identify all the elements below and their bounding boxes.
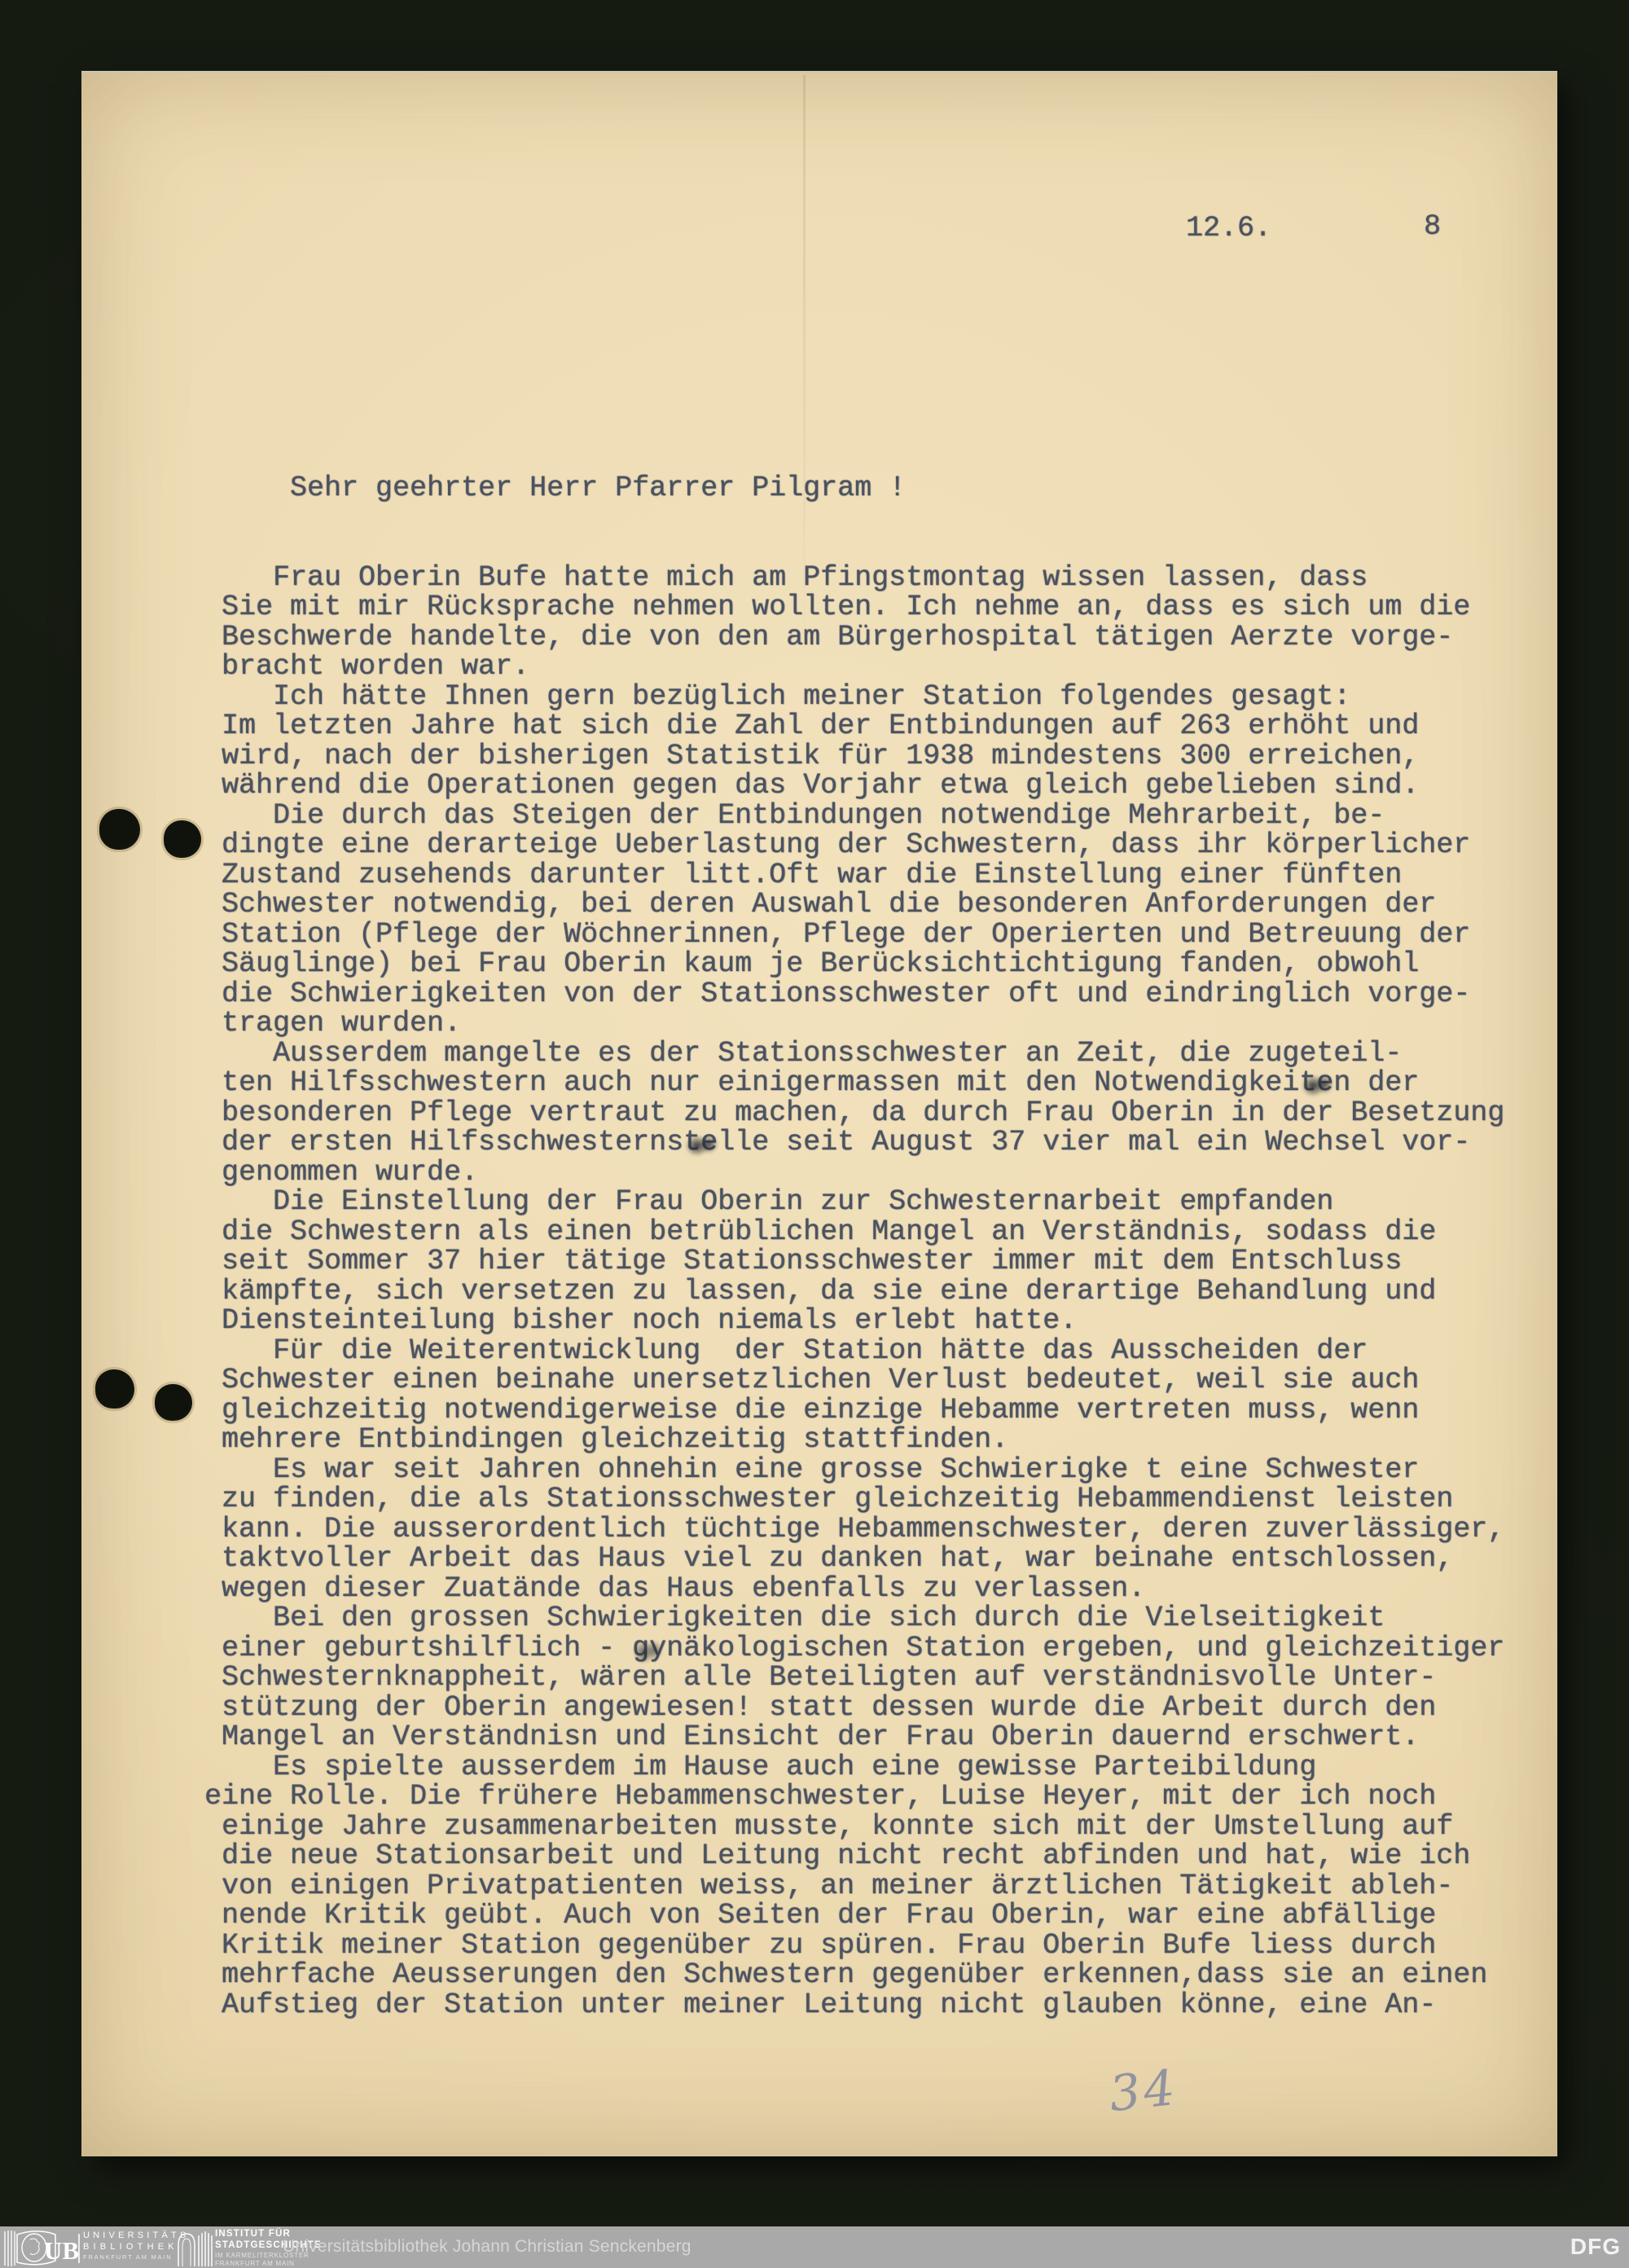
ink-smudge <box>680 1131 722 1161</box>
letter-line: Diensteinteilung bisher noch niemals erl… <box>204 1304 1504 1334</box>
letter-line: taktvoller Arbeit das Haus viel zu danke… <box>204 1542 1504 1572</box>
ub-line-3: FRANKFURT AM MAIN <box>83 2254 189 2261</box>
letter-line: kämpfte, sich versetzen zu lassen, da si… <box>204 1275 1504 1305</box>
letter-line: mehrfache Aeusserungen den Schwestern ge… <box>204 1958 1504 1989</box>
letter-line: während die Operationen gegen das Vorjah… <box>204 769 1504 799</box>
letter-line: tragen wurden. <box>204 1007 1504 1037</box>
letter-line: einige Jahre zusammenarbeiten musste, ko… <box>204 1810 1504 1840</box>
ub-library-wordmark: UNIVERSITÄTS BIBLIOTHEK FRANKFURT AM MAI… <box>83 2231 189 2261</box>
letter-line: Es spielte ausserdem im Hause auch eine … <box>204 1751 1504 1781</box>
punch-hole <box>95 1369 134 1409</box>
viewer-footer-bar: UB UNIVERSITÄTS BIBLIOTHEK FRANKFURT AM … <box>0 2226 1629 2268</box>
letter-line: Schwesternknappheit, wären alle Beteilig… <box>204 1661 1504 1691</box>
letter-line: Schwester einen beinahe unersetzlichen V… <box>204 1364 1504 1394</box>
punch-hole <box>155 1384 192 1421</box>
letter-line: dingte eine derarteige Ueberlastung der … <box>204 829 1504 859</box>
ink-smudge <box>1297 1070 1337 1101</box>
letter-line: Die Einstellung der Frau Oberin zur Schw… <box>204 1185 1504 1215</box>
letter-line <box>204 502 1504 532</box>
letter-line: mehrere Entbindingen gleichzeitig stattf… <box>204 1423 1504 1453</box>
letter-line: eine Rolle. Die frühere Hebammenschweste… <box>204 1780 1504 1810</box>
letter-line <box>204 531 1504 561</box>
ub-library-logo-icon[interactable]: UB <box>3 2229 81 2268</box>
letter-line: Säuglinge) bei Frau Oberin kaum je Berüc… <box>204 947 1504 978</box>
letter-line: die Schwierigkeiten von der Stationsschw… <box>204 978 1504 1008</box>
letter-line: zu finden, die als Stationsschwester gle… <box>204 1483 1504 1513</box>
letter-line: Aufstieg der Station unter meiner Leitun… <box>204 1989 1504 2019</box>
letter-line: Beschwerde handelte, die von den am Bürg… <box>204 621 1504 651</box>
letter-line: Sie mit mir Rücksprache nehmen wollten. … <box>204 591 1504 621</box>
letter-line: Station (Pflege der Wöchnerinnen, Pflege… <box>204 918 1504 948</box>
letter-line: Kritik meiner Station gegenüber zu spüre… <box>204 1929 1504 1959</box>
letter-line: Für die Weiterentwicklung der Station hä… <box>204 1334 1504 1365</box>
letter-line: Sehr geehrter Herr Pfarrer Pilgram ! <box>204 472 1504 502</box>
letter-line: von einigen Privatpatienten weiss, an me… <box>204 1870 1504 1900</box>
library-name-label: Universitätsbibliothek Johann Christian … <box>283 2237 692 2257</box>
page-date: 12.6. <box>1186 212 1271 244</box>
letter-line: genommen wurde. <box>204 1156 1504 1186</box>
svg-text:UB: UB <box>44 2236 79 2265</box>
punch-hole <box>99 809 140 850</box>
dfg-logo[interactable]: DFG <box>1570 2234 1621 2260</box>
letter-line: einer geburtshilflich - gynäkologischen … <box>204 1632 1504 1662</box>
punch-hole <box>164 820 201 858</box>
ub-line-1: UNIVERSITÄTS <box>83 2231 189 2240</box>
letter-line: Die durch das Steigen der Entbindungen n… <box>204 799 1504 829</box>
letter-line: Schwester notwendig, bei deren Auswahl d… <box>204 888 1504 918</box>
ink-smudge <box>629 1636 666 1668</box>
letter-line: Mangel an Verständnisn und Einsicht der … <box>204 1721 1504 1751</box>
letter-line: bracht worden war. <box>204 650 1504 680</box>
institute-line-4: FRANKFURT AM MAIN <box>215 2261 322 2267</box>
letter-line: stützung der Oberin angewiesen! statt de… <box>204 1691 1504 1721</box>
letter-line: Im letzten Jahre hat sich die Zahl der E… <box>204 710 1504 740</box>
letter-line: Es war seit Jahren ohnehin eine grosse S… <box>204 1453 1504 1483</box>
handwritten-page-number: 34 <box>1107 2059 1181 2123</box>
stadtgeschichte-arches-icon[interactable] <box>176 2229 213 2268</box>
letter-line: Ich hätte Ihnen gern bezüglich meiner St… <box>204 680 1504 710</box>
letter-line: der ersten Hilfsschwesternstelle seit Au… <box>204 1126 1504 1156</box>
letter-body: Sehr geehrter Herr Pfarrer Pilgram ! Fra… <box>204 472 1504 2018</box>
letter-line: wegen dieser Zuatände das Haus ebenfalls… <box>204 1572 1504 1602</box>
letter-line: Frau Oberin Bufe hatte mich am Pfingstmo… <box>204 561 1504 591</box>
letter-line: seit Sommer 37 hier tätige Stationsschwe… <box>204 1245 1504 1275</box>
letter-line: Ausserdem mangelte es der Stationsschwes… <box>204 1037 1504 1067</box>
page-number: 8 <box>1424 210 1441 243</box>
letter-line: gleichzeitig notwendigerweise die einzig… <box>204 1394 1504 1424</box>
letter-line: die Schwestern als einen betrüblichen Ma… <box>204 1215 1504 1246</box>
letter-line: wird, nach der bisherigen Statistik für … <box>204 740 1504 770</box>
letter-line: nende Kritik geübt. Auch von Seiten der … <box>204 1899 1504 1929</box>
letter-line: Bei den grossen Schwierigkeiten die sich… <box>204 1602 1504 1632</box>
letter-line: kann. Die ausserordentlich tüchtige Heba… <box>204 1513 1504 1543</box>
letter-page: 12.6. 8 Sehr geehrter Herr Pfarrer Pilgr… <box>81 71 1557 2156</box>
ub-line-2: BIBLIOTHEK <box>83 2243 189 2252</box>
letter-line: die neue Stationsarbeit und Leitung nich… <box>204 1839 1504 1870</box>
letter-line: Zustand zusehends darunter litt.Oft war … <box>204 859 1504 889</box>
